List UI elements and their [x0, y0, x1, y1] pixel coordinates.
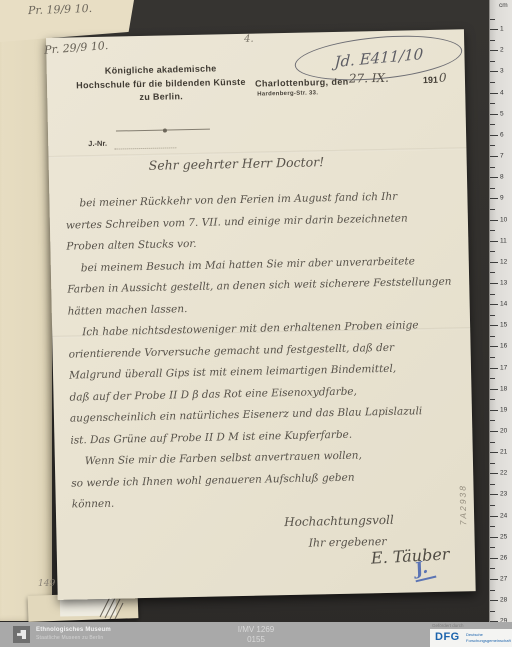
ruler-tick-major [490, 452, 498, 453]
ruler-tick-minor [490, 82, 495, 83]
ruler-tick-label: 15 [500, 322, 507, 329]
ruler-tick-major [490, 177, 498, 178]
ruler-tick-minor [490, 378, 495, 379]
ruler-tick-minor [490, 420, 495, 421]
salutation: Sehr geehrter Herr Doctor! [149, 154, 325, 173]
scanned-letter-page: Pr. 19/9 10. Pr. 29/9 10. 4. Jd. E411/10… [0, 0, 512, 647]
ruler-tick-major [490, 304, 498, 305]
pencil-note-previous-sheet: Pr. 19/9 10. [28, 2, 93, 17]
ruler-tick-minor [490, 399, 495, 400]
ruler-tick-major [490, 198, 498, 199]
ruler-tick-major [490, 220, 498, 221]
ruler-tick-label: 16 [500, 343, 507, 350]
ruler-tick-major [490, 93, 498, 94]
ruler-tick-minor [490, 188, 495, 189]
ruler-tick-major [490, 241, 498, 242]
printed-year: 191 [423, 75, 438, 85]
ruler-tick-major [490, 29, 498, 30]
handwritten-year-digit: 0 [439, 71, 447, 85]
dfg-name-line-2: Forschungsgemeinschaft [466, 638, 511, 644]
handwritten-date: 27. IX. [349, 71, 389, 86]
ruler-tick-major [490, 410, 498, 411]
ruler-tick-major [490, 389, 498, 390]
ruler-tick-major [490, 262, 498, 263]
letter-body: bei meiner Rückkehr von den Ferien im Au… [65, 185, 470, 516]
funding-label: Gefördert durch [432, 623, 464, 628]
ruler-tick-minor [490, 230, 495, 231]
ruler-tick-major [490, 50, 498, 51]
ruler-tick-major [490, 368, 498, 369]
pencil-mark: 4. [244, 34, 254, 45]
ruler-tick-major [490, 156, 498, 157]
pencil-page-note: 149 [38, 579, 55, 589]
ruler-tick-minor [490, 611, 495, 612]
ruler-tick-minor [490, 547, 495, 548]
letterhead: Königliche akademische Hochschule für di… [55, 61, 268, 106]
ruler-tick-label: 18 [500, 385, 507, 392]
ruler-tick-label: 14 [500, 301, 507, 308]
ruler-tick-major [490, 494, 498, 495]
pencil-note-received: Pr. 29/9 10. [44, 39, 109, 57]
ruler-tick-major [490, 325, 498, 326]
ruler-tick-major [490, 558, 498, 559]
ruler-tick-label: 23 [500, 491, 507, 498]
ruler-tick-label: 10 [500, 216, 507, 223]
ruler-tick-major [490, 283, 498, 284]
journal-number-line [114, 147, 176, 149]
ruler-tick-minor [490, 484, 495, 485]
closing-formula: Hochachtungsvoll [284, 513, 394, 529]
ruler-tick-label: 9 [500, 195, 504, 202]
divider-dot [163, 128, 167, 132]
ruler-tick-major [490, 114, 498, 115]
ruler-tick-minor [490, 167, 495, 168]
ruler-tick-major [490, 71, 498, 72]
registry-number: Jd. E411/10 [334, 45, 423, 71]
ruler-tick-label: 12 [500, 258, 507, 265]
ruler-tick-label: 11 [500, 237, 507, 244]
underlying-sheet-left-edge [0, 0, 52, 621]
ruler-tick-major [490, 346, 498, 347]
ruler-tick-major [490, 135, 498, 136]
ruler-tick-label: 27 [500, 576, 507, 583]
ruler-tick-label: 7 [500, 153, 504, 160]
dfg-full-name: Deutsche Forschungsgemeinschaft [466, 632, 511, 643]
letter-sheet: Pr. 29/9 10. 4. Jd. E411/10 Königliche a… [46, 29, 476, 600]
footer-bar: Ethnologisches Museum Staatliche Museen … [0, 622, 512, 647]
ruler-tick-label: 26 [500, 554, 507, 561]
ruler-tick-label: 1 [500, 26, 504, 33]
ruler-tick-label: 19 [500, 406, 507, 413]
ruler-tick-minor [490, 526, 495, 527]
dfg-logo: DFG Deutsche Forschungsgemeinschaft [430, 629, 512, 647]
ruler-tick-minor [490, 145, 495, 146]
ruler-tick-label: 5 [500, 110, 504, 117]
ruler-tick-label: 25 [500, 533, 507, 540]
ruler-tick-label: 3 [500, 68, 504, 75]
ruler-tick-label: 28 [500, 597, 507, 604]
street-address: Hardenberg-Str. 33. [257, 90, 318, 97]
ruler-tick-major [490, 473, 498, 474]
ruler-tick-minor [490, 590, 495, 591]
ruler-tick-minor [490, 357, 495, 358]
ruler-tick-major [490, 579, 498, 580]
ruler-tick-minor [490, 124, 495, 125]
letterhead-divider [116, 129, 210, 132]
ruler-tick-minor [490, 40, 495, 41]
journal-number-label: J.-Nr. [88, 139, 107, 148]
ruler-tick-minor [490, 61, 495, 62]
ruler-tick-label: 17 [500, 364, 507, 371]
ruler-unit-label: cm [499, 2, 508, 9]
ruler-tick-minor [490, 505, 495, 506]
ruler-tick-major [490, 537, 498, 538]
ruler-tick-label: 13 [500, 279, 507, 286]
ruler-tick-major [490, 600, 498, 601]
ruler-tick-label: 22 [500, 470, 507, 477]
ruler-tick-label: 2 [500, 47, 504, 54]
ruler-tick-label: 4 [500, 89, 504, 96]
ruler-tick-minor [490, 19, 495, 20]
place-date-label: Charlottenburg, den [255, 77, 349, 89]
ruler-tick-minor [490, 294, 495, 295]
ruler-tick-minor [490, 336, 495, 337]
ruler-tick-label: 21 [500, 449, 507, 456]
ruler-tick-label: 24 [500, 512, 507, 519]
ruler-tick-major [490, 516, 498, 517]
ruler-tick-minor [490, 568, 495, 569]
ruler-tick-major [490, 431, 498, 432]
ruler-tick-minor [490, 463, 495, 464]
signature: E. Täuber [370, 544, 449, 567]
ruler-tick-minor [490, 251, 495, 252]
ruler-tick-minor [490, 315, 495, 316]
ruler-tick-minor [490, 442, 495, 443]
ruler-tick-minor [490, 103, 495, 104]
ruler: cm 1234567891011121314151617181920212223… [489, 0, 512, 622]
ruler-tick-label: 6 [500, 131, 504, 138]
dfg-acronym: DFG [435, 631, 460, 643]
ruler-tick-minor [490, 209, 495, 210]
ruler-tick-label: 20 [500, 428, 507, 435]
ruler-tick-minor [490, 272, 495, 273]
ruler-tick-label: 8 [500, 174, 504, 181]
